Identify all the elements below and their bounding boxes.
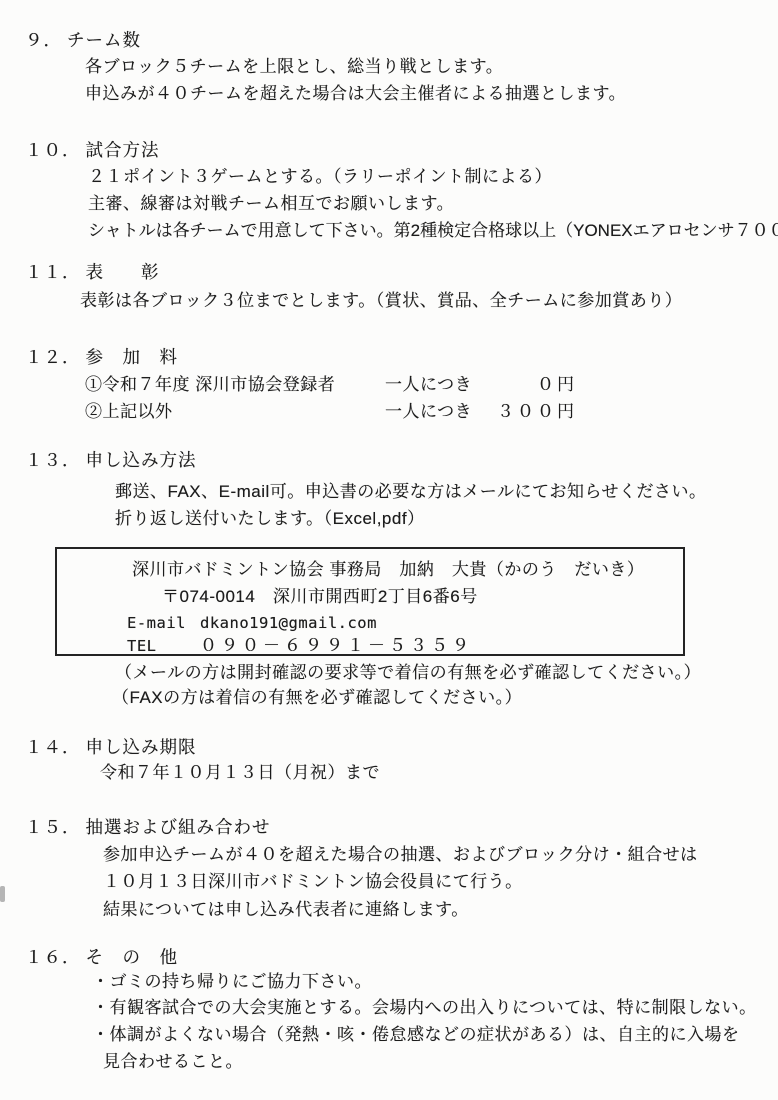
section-11-line-1: 表彰は各ブロック３位までとします。（賞状、賞品、全チームに参加賞あり） [80,291,682,311]
section-10-line-2: 主審、線審は対戦チーム相互でお願いします。 [88,194,454,214]
section-12-heading: １２．参 加 料 [25,347,178,367]
section-13-heading: １３．申し込み方法 [25,450,197,470]
section-15-line-2: １０月１３日深川市バドミントン協会役員にて行う。 [103,872,523,892]
fee-1-unit: 一人につき [385,375,480,395]
section-9-title: チーム数 [67,30,141,50]
section-14-heading: １４．申し込み期限 [25,737,197,757]
fee-2-amount: ３００円 [480,402,577,422]
section-10-line-1: ２１ポイント３ゲームとする。（ラリーポイント制による） [88,167,552,187]
contact-email-line: E-maildkano191@gmail.com [127,613,377,633]
email-value: dkano191@gmail.com [200,614,377,632]
fee-1-amount: ０円 [480,375,577,395]
section-15-number: １５． [25,817,81,837]
section-15-heading: １５．抽選および組み合わせ [25,817,271,837]
section-14-title: 申し込み期限 [86,737,197,757]
contact-box: 深川市バドミントン協会 事務局 加納 大貴（かのう だいき） 〒074-0014… [55,547,685,656]
section-16-bullet-1: ・ゴミの持ち帰りにご協力下さい。 [92,972,372,992]
fee-1-label: ①令和７年度 深川市協会登録者 [85,375,385,395]
section-16-number: １６． [25,947,81,967]
tel-value: ０９０－６９９１－５３５９ [200,636,473,655]
section-16-bullet-3: ・体調がよくない場合（発熱・咳・倦怠感などの症状がある）は、自主的に入場を [92,1025,740,1045]
fee-2-unit: 一人につき [385,402,480,422]
fee-row-1: ①令和７年度 深川市協会登録者 一人につき ０円 [85,375,577,395]
email-label: E-mail [127,615,200,633]
contact-tel-line: TEL０９０－６９９１－５３５９ [127,636,473,656]
section-11-title: 表 彰 [86,262,160,282]
section-9-line-2: 申込みが４０チームを超えた場合は大会主催者による抽選とします。 [85,84,626,104]
section-13-number: １３． [25,450,81,470]
section-16-bullet-3-cont: 見合わせること。 [103,1052,243,1072]
note-fax: （FAXの方は着信の有無を必ず確認してください。） [112,688,522,708]
section-16-title: そ の 他 [86,947,179,967]
scan-smudge-artifact [0,886,5,902]
section-14-number: １４． [25,737,81,757]
section-12-title: 参 加 料 [86,347,179,367]
section-16-bullet-2: ・有観客試合での大会実施とする。会場内への出入りについては、特に制限しない。 [92,998,757,1018]
section-11-heading: １１．表 彰 [25,262,160,282]
contact-address-line: 〒074-0014 深川市開西町2丁目6番6号 [162,587,478,607]
section-15-line-3: 結果については申し込み代表者に連絡します。 [103,900,469,920]
section-16-heading: １６．そ の 他 [25,947,178,967]
fee-row-2: ②上記以外 一人につき ３００円 [85,402,577,422]
section-10-heading: １０．試合方法 [25,140,160,160]
section-13-title: 申し込み方法 [86,450,197,470]
contact-org-line: 深川市バドミントン協会 事務局 加納 大貴（かのう だいき） [132,560,644,580]
section-14-line-1: 令和７年１０月１３日（月祝）まで [100,763,380,783]
section-11-number: １１． [25,262,81,282]
section-12-number: １２． [25,347,81,367]
section-9-number: ９． [25,30,62,50]
section-13-line-2: 折り返し送付いたします。（Excel,pdf） [115,509,425,529]
note-mail: （メールの方は開封確認の要求等で着信の有無を必ず確認してください。） [115,663,701,683]
section-15-title: 抽選および組み合わせ [86,817,271,837]
section-13-line-1: 郵送、FAX、E-mail可。申込書の必要な方はメールにてお知らせください。 [115,482,706,502]
section-9-heading: ９．チーム数 [25,30,141,50]
tel-label: TEL [127,638,200,656]
scanned-document-page: ９．チーム数 各ブロック５チームを上限とし、総当り戦とします。 申込みが４０チー… [0,0,778,1100]
section-10-title: 試合方法 [86,140,160,160]
section-15-line-1: 参加申込チームが４０を超えた場合の抽選、およびブロック分け・組合せは [103,845,698,865]
fee-2-label: ②上記以外 [85,402,385,422]
section-10-number: １０． [25,140,81,160]
section-9-line-1: 各ブロック５チームを上限とし、総当り戦とします。 [85,57,503,77]
section-10-line-3: シャトルは各チームで用意して下さい。第2種検定合格球以上（YONEXエアロセンサ… [88,221,778,241]
